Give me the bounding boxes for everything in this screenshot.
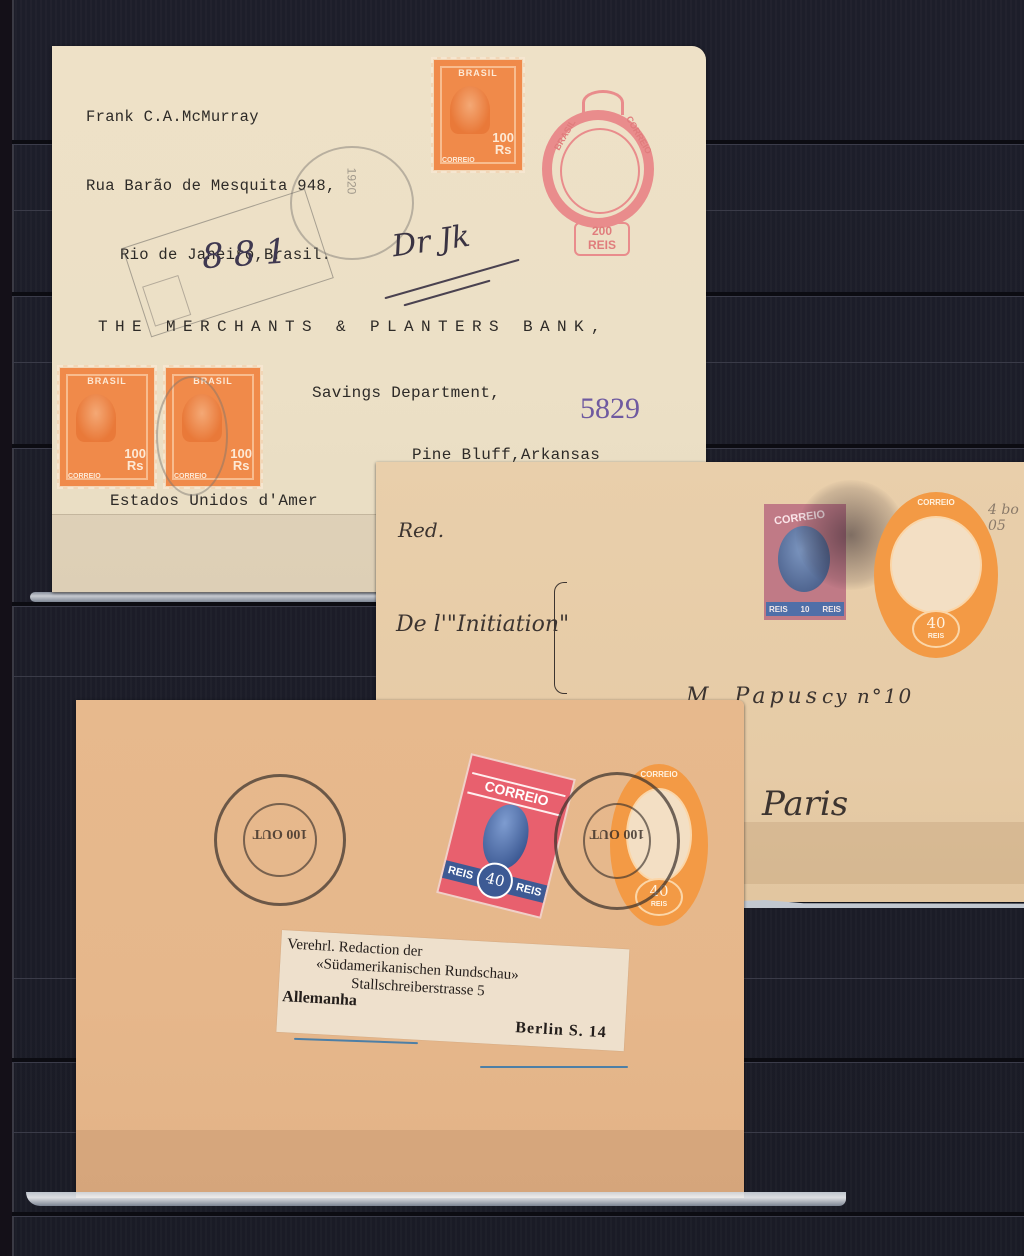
label-country: Allemanha xyxy=(282,988,358,1010)
stamp-100-reis[interactable]: BRASIL 100Rs CORREIO xyxy=(60,368,154,486)
stock-strip-line xyxy=(12,1212,1024,1217)
indicium-40-reis: CORREIO 40REIS xyxy=(874,492,998,658)
handwritten-initiation: De l'"Initiation" xyxy=(396,612,569,637)
recipient-department: Savings Department, xyxy=(312,384,500,402)
pen-stroke xyxy=(384,259,519,300)
handwritten-bracket xyxy=(554,582,567,694)
handwritten-city: Paris xyxy=(762,784,848,824)
sleeve-glare xyxy=(26,1192,846,1206)
postmark-capital-federal: 100 OUT xyxy=(214,774,346,906)
postmark-capital-federal: 100 OUT xyxy=(554,772,680,910)
registration-number: 5829 xyxy=(580,392,640,426)
pen-stroke xyxy=(403,280,490,307)
recipient-country: Estados Unidos d'Amer xyxy=(110,492,318,510)
fold-shadow xyxy=(76,1130,744,1198)
postmark-year: 1920 xyxy=(344,168,358,195)
album-binding-edge xyxy=(0,0,14,1256)
handwritten-number: 881 xyxy=(201,231,298,278)
indicium-200-reis: BRASIL CORREIO 200REIS xyxy=(538,86,662,258)
handwritten-red: Red. xyxy=(398,518,444,542)
stamp-100-reis[interactable]: BRASIL 100Rs CORREIO xyxy=(434,60,522,170)
recipient-bank: THE MERCHANTS & PLANTERS BANK, xyxy=(98,318,608,336)
handwritten-street: cy n°10 xyxy=(822,684,913,708)
label-city: Berlin S. 14 xyxy=(515,1019,607,1042)
sender-line: Frank C.A.McMurray xyxy=(86,106,336,129)
printed-address-label: Verehrl. Redaction der «Südamerikanische… xyxy=(276,930,629,1051)
blue-pencil-line xyxy=(480,1066,628,1068)
postmark-circle xyxy=(156,376,228,496)
blue-pencil-line xyxy=(294,1038,418,1044)
